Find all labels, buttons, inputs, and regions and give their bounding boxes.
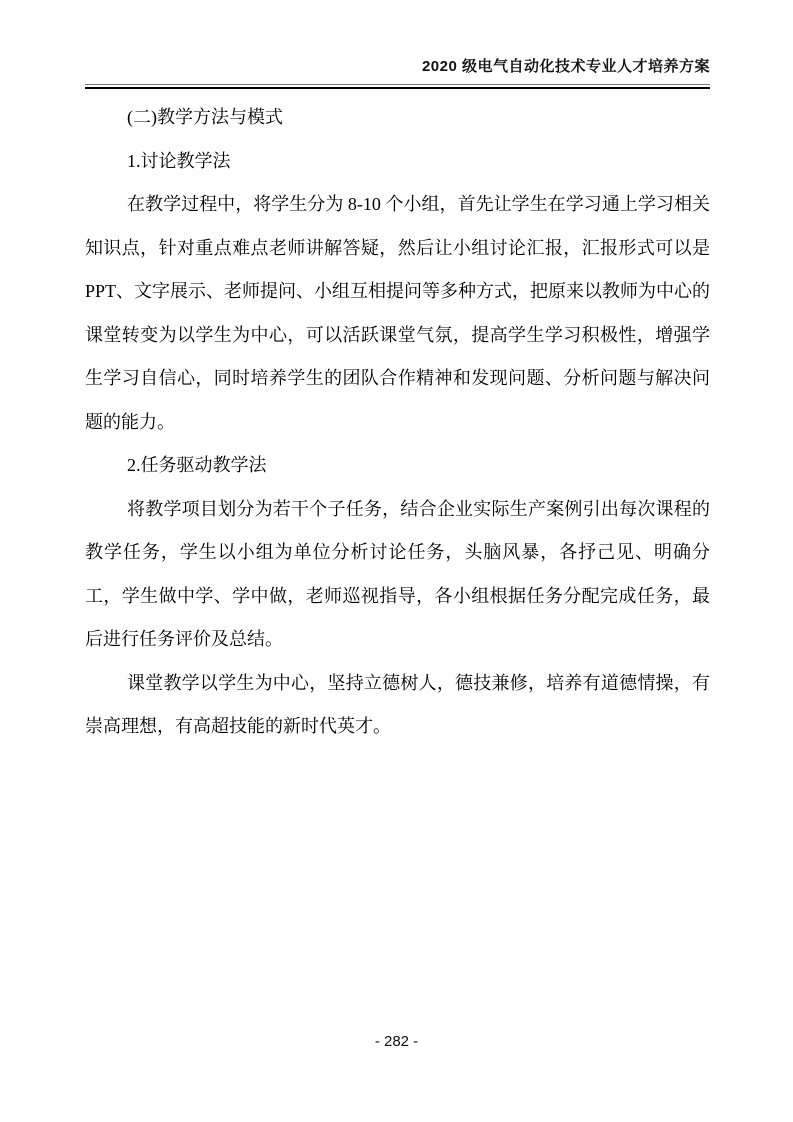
document-page: 2020 级电气自动化技术专业人才培养方案 (二)教学方法与模式 1.讨论教学法… <box>0 0 793 1122</box>
header-title: 2020 级电气自动化技术专业人才培养方案 <box>85 56 710 84</box>
page-number: - 282 - <box>375 1033 418 1050</box>
method-2-heading: 2.任务驱动教学法 <box>85 444 710 488</box>
method-1-heading: 1.讨论教学法 <box>85 140 710 184</box>
header-rule-thick <box>85 87 710 89</box>
page-header: 2020 级电气自动化技术专业人才培养方案 <box>85 0 710 89</box>
header-divider <box>85 84 710 89</box>
page-footer: - 282 - <box>0 1031 793 1053</box>
closing-paragraph: 课堂教学以学生为中心，坚持立德树人，德技兼修，培养有道德情操，有崇高理想，有高超… <box>85 662 710 749</box>
method-1-paragraph: 在教学过程中，将学生分为 8-10 个小组，首先让学生在学习通上学习相关知识点，… <box>85 183 710 444</box>
document-body: (二)教学方法与模式 1.讨论教学法 在教学过程中，将学生分为 8-10 个小组… <box>85 96 710 749</box>
section-heading: (二)教学方法与模式 <box>85 96 710 140</box>
method-2-paragraph: 将教学项目划分为若干个子任务，结合企业实际生产案例引出每次课程的教学任务，学生以… <box>85 488 710 662</box>
